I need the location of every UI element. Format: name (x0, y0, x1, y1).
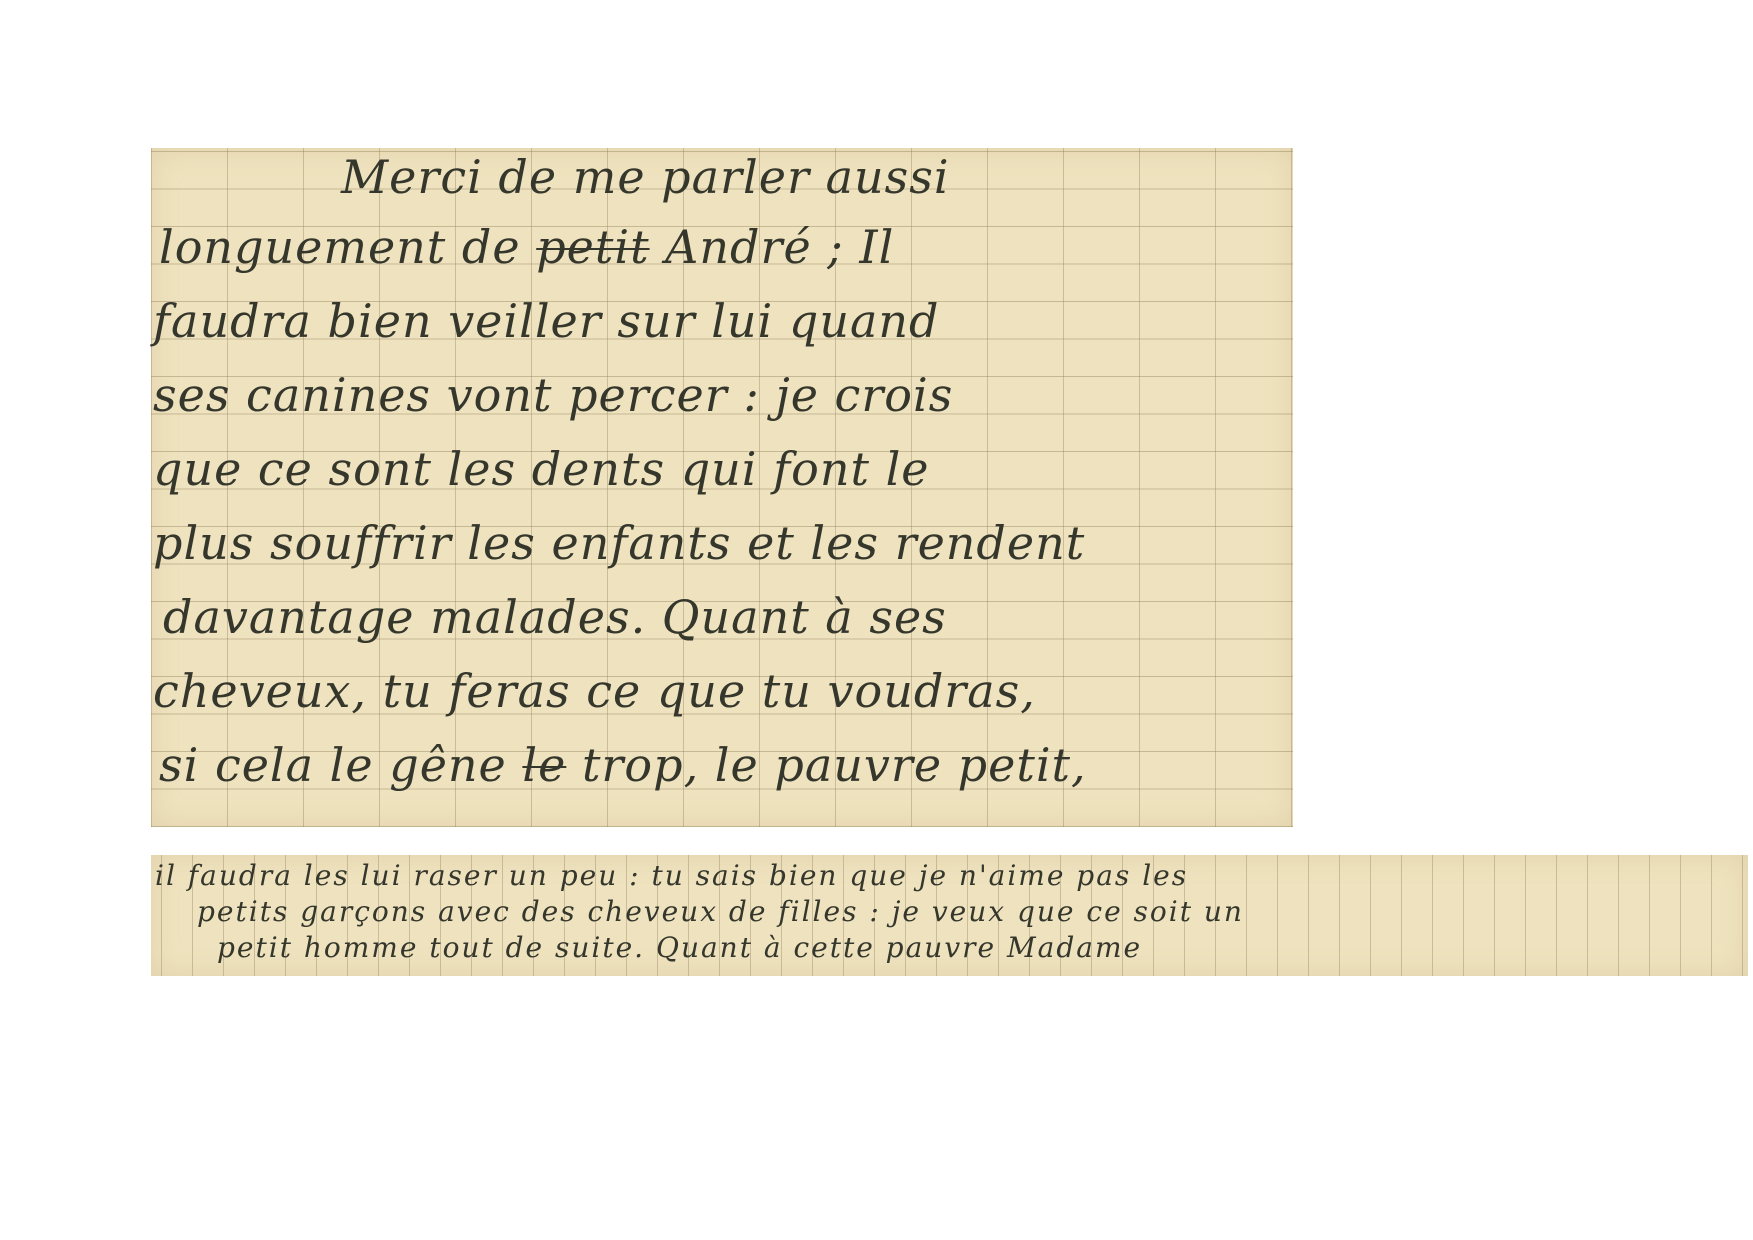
handwritten-line: cheveux, tu feras ce que tu voudras, (153, 654, 1036, 728)
handwritten-line: plus souffrir les enfants et les rendent (153, 506, 1085, 580)
handwritten-line: petit homme tout de suite. Quant à cette… (217, 931, 1142, 965)
letter-strip-bottom: il faudra les lui raser un peu : tu sais… (151, 855, 1748, 976)
struck-word: petit (536, 220, 649, 274)
handwritten-line: il faudra les lui raser un peu : tu sais… (155, 859, 1188, 893)
handwritten-text: si cela le gêne (159, 738, 522, 792)
handwritten-line: longuement de petit André ; Il (159, 210, 894, 284)
handwritten-line: faudra bien veiller sur lui quand (153, 284, 939, 358)
struck-word: le (522, 738, 566, 792)
handwritten-line: ses canines vont percer : je crois (153, 358, 953, 432)
handwritten-line: petits garçons avec des cheveux de fille… (197, 895, 1244, 929)
handwritten-text: longuement de (159, 220, 536, 274)
handwritten-line: davantage malades. Quant à ses (163, 580, 947, 654)
handwritten-text: trop, le pauvre petit, (566, 738, 1086, 792)
handwritten-line: si cela le gêne le trop, le pauvre petit… (159, 728, 1087, 802)
letter-page-top: Merci de me parler aussi longuement de p… (151, 148, 1293, 827)
handwritten-line: Merci de me parler aussi (341, 140, 950, 214)
handwritten-line: que ce sont les dents qui font le (153, 432, 930, 506)
handwritten-text: André ; Il (650, 220, 895, 274)
